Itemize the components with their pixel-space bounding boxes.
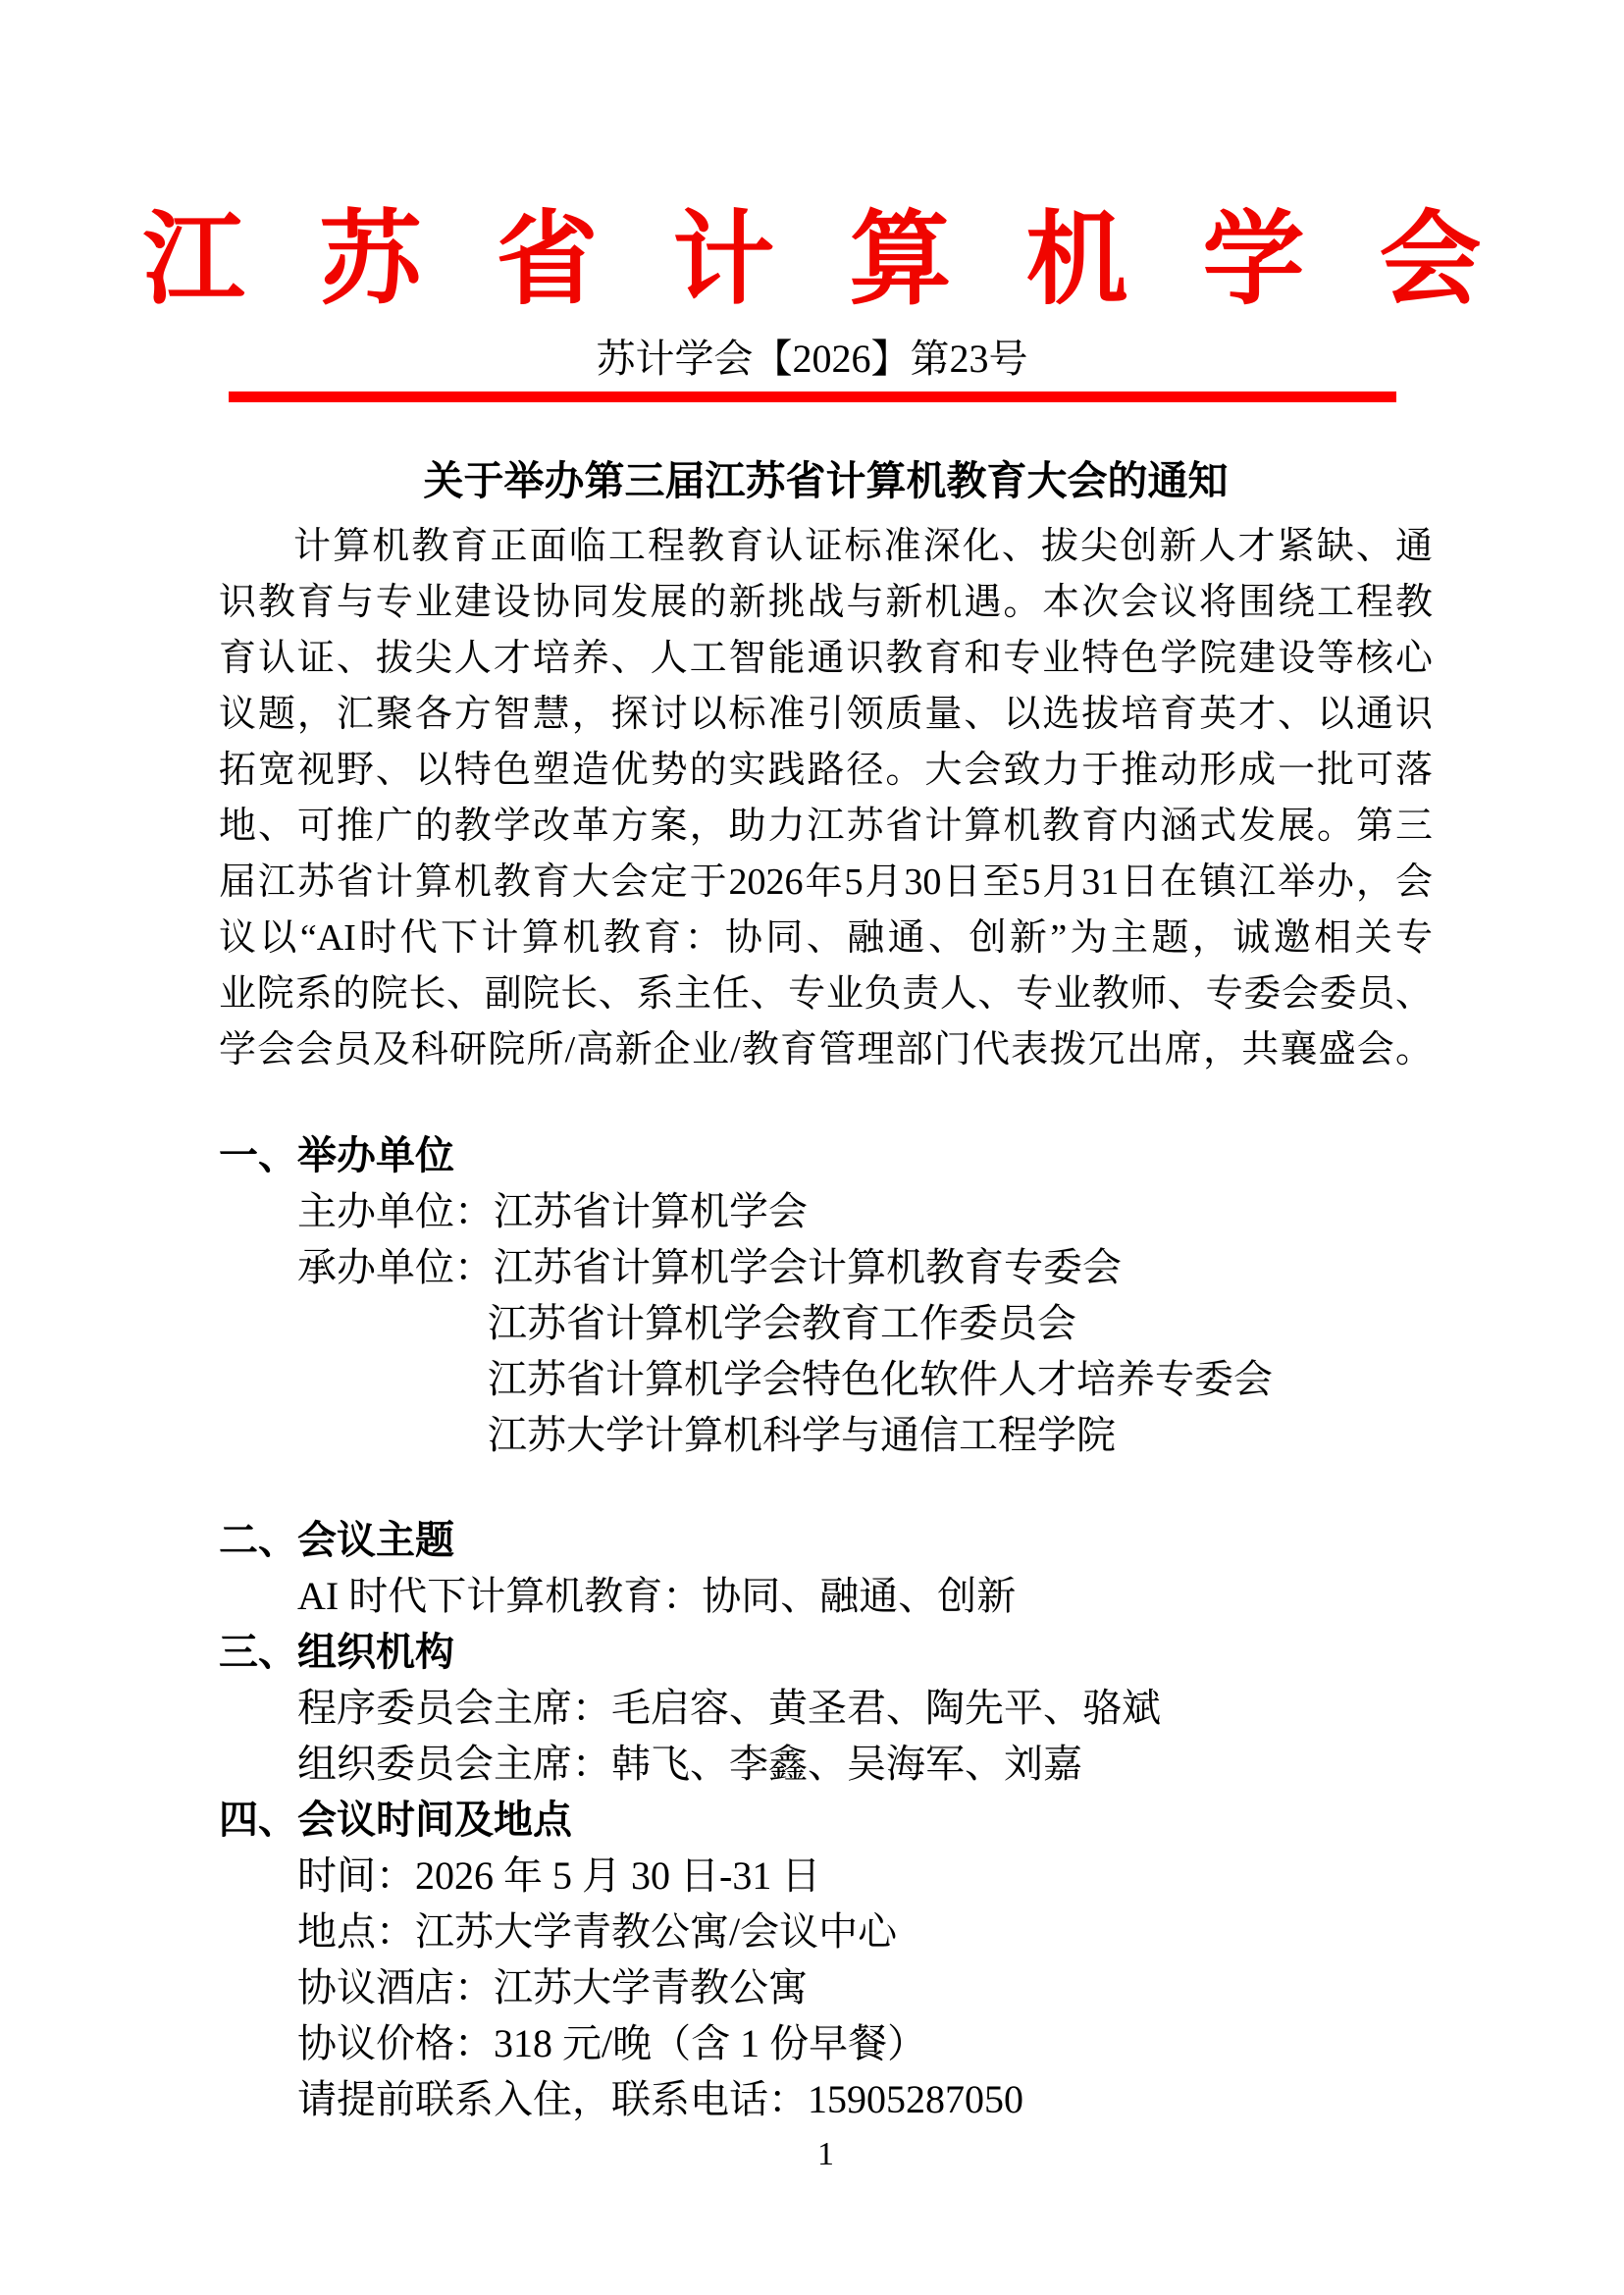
notice-title: 关于举办第三届江苏省计算机教育大会的通知: [219, 456, 1433, 505]
checkin-note-line: 请提前联系入住，联系电话：15905287050: [219, 2071, 1433, 2127]
section-conference-theme: 二、会议主题 AI 时代下计算机教育：协同、融通、创新: [219, 1512, 1433, 1624]
program-chairs-line: 程序委员会主席：毛启容、黄圣君、陶先平、骆斌: [219, 1680, 1433, 1736]
organizing-chairs-line: 组织委员会主席：韩飞、李鑫、吴海军、刘嘉: [219, 1736, 1433, 1792]
intro-line: 地、可推广的教学改革方案，助力江苏省计算机教育内涵式发展。第三: [219, 799, 1433, 855]
host-unit-line: 主办单位：江苏省计算机学会: [219, 1183, 1433, 1239]
document-body: 关于举办第三届江苏省计算机教育大会的通知 计算机教育正面临工程教育认证标准深化、…: [0, 456, 1624, 2174]
section-hosting-units: 一、举办单位 主办单位：江苏省计算机学会 承办单位：江苏省计算机学会计算机教育专…: [219, 1127, 1433, 1463]
time-line: 时间：2026 年 5 月 30 日-31 日: [219, 1848, 1433, 1904]
intro-line: 育认证、拔尖人才培养、人工智能通识教育和专业特色学院建设等核心: [219, 631, 1433, 687]
section-heading: 三、组织机构: [219, 1624, 1433, 1680]
section-time-venue: 四、会议时间及地点 时间：2026 年 5 月 30 日-31 日 地点：江苏大…: [219, 1792, 1433, 2127]
document-page: 江苏省计算机学会 苏计学会【2026】第23号 关于举办第三届江苏省计算机教育大…: [0, 0, 1624, 2295]
letterhead: 江苏省计算机学会 苏计学会【2026】第23号: [0, 201, 1624, 402]
intro-line: 议题，汇聚各方智慧，探讨以标准引领质量、以选拔培育英才、以通识: [219, 687, 1433, 743]
document-number: 苏计学会【2026】第23号: [0, 336, 1624, 383]
intro-line: 识教育与专业建设协同发展的新挑战与新机遇。本次会议将围绕工程教: [219, 575, 1433, 631]
organizer-unit-line: 江苏省计算机学会特色化软件人才培养专委会: [219, 1351, 1433, 1407]
intro-line: 议以“AI时代下计算机教育：协同、融通、创新”为主题，诚邀相关专: [219, 911, 1433, 966]
organizer-unit-line: 江苏大学计算机科学与通信工程学院: [219, 1407, 1433, 1463]
section-heading: 一、举办单位: [219, 1127, 1433, 1183]
organization-title: 江苏省计算机学会: [0, 201, 1624, 322]
organizer-unit-line: 江苏省计算机学会教育工作委员会: [219, 1295, 1433, 1351]
intro-line: 学会会员及科研院所/高新企业/教育管理部门代表拨冗出席，共襄盛会。: [219, 1022, 1433, 1078]
intro-line: 业院系的院长、副院长、系主任、专业负责人、专业教师、专委会委员、: [219, 966, 1433, 1022]
red-header-rule: [229, 391, 1396, 402]
page-number: 1: [219, 2135, 1433, 2174]
organizer-unit-line: 承办单位：江苏省计算机学会计算机教育专委会: [219, 1239, 1433, 1295]
section-heading: 二、会议主题: [219, 1512, 1433, 1568]
theme-line: AI 时代下计算机教育：协同、融通、创新: [219, 1568, 1433, 1624]
intro-paragraph: 计算机教育正面临工程教育认证标准深化、拔尖创新人才紧缺、通 识教育与专业建设协同…: [219, 519, 1433, 1078]
intro-line: 计算机教育正面临工程教育认证标准深化、拔尖创新人才紧缺、通: [219, 519, 1433, 575]
section-heading: 四、会议时间及地点: [219, 1792, 1433, 1848]
hotel-line: 协议酒店：江苏大学青教公寓: [219, 1959, 1433, 2015]
venue-line: 地点：江苏大学青教公寓/会议中心: [219, 1904, 1433, 1959]
intro-line: 届江苏省计算机教育大会定于2026年5月30日至5月31日在镇江举办，会: [219, 855, 1433, 911]
price-line: 协议价格：318 元/晚（含 1 份早餐）: [219, 2015, 1433, 2071]
intro-line: 拓宽视野、以特色塑造优势的实践路径。大会致力于推动形成一批可落: [219, 743, 1433, 799]
section-organization: 三、组织机构 程序委员会主席：毛启容、黄圣君、陶先平、骆斌 组织委员会主席：韩飞…: [219, 1624, 1433, 1792]
